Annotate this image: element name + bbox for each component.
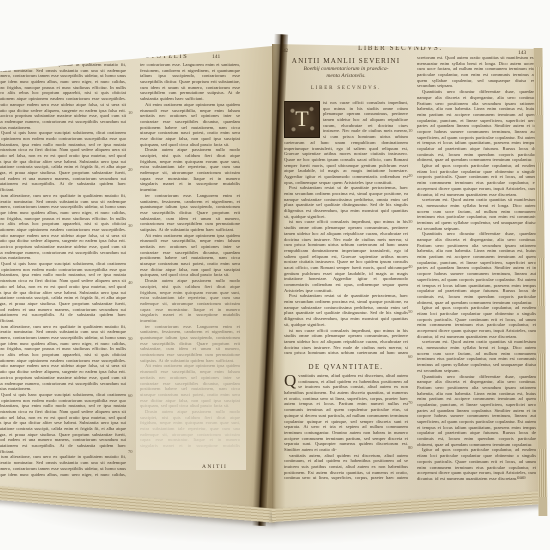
margin-line-number: 50 xyxy=(408,309,416,314)
body-text-paragraph: Ait enim orationem atque opinionem ipsa … xyxy=(140,233,240,279)
margin-line-number: 20 xyxy=(128,167,136,172)
left-page-column-1: tum alteratione, cum uero ex qualitate i… xyxy=(0,62,126,478)
body-text-paragraph: scretorum est. Quod autem oratio quantit… xyxy=(417,339,536,373)
body-text-paragraph: vantitatis autem, aliud quidem est discr… xyxy=(284,373,408,453)
margin-line-number: 30 xyxy=(408,219,416,224)
left-page-column-2: ter contrariorum esse. Languorem enim et… xyxy=(140,62,240,448)
book-subtitle: LIBER SECVNDVS. xyxy=(284,86,408,91)
margin-line-number: 10 xyxy=(408,128,416,133)
right-page: LIBER SECVNDVS. 142 143 ANITII MANLII SE… xyxy=(272,36,546,522)
left-running-header: IN PRAEDICAMENTA ARISTOTELIS xyxy=(38,53,188,60)
body-text-paragraph: Quantitatis uero dicuntur differentiae d… xyxy=(417,374,536,448)
woodcut-initial-letter: T xyxy=(285,106,319,132)
body-text-paragraph: Quod si quis hanc quoque suscipiat solut… xyxy=(0,392,126,455)
body-text-paragraph: scretorum est. Quod autem oratio quantit… xyxy=(417,55,536,89)
margin-line-number: 70 xyxy=(408,400,416,405)
body-text-paragraph: Drasin autem atque passionem nullo modo … xyxy=(140,147,240,193)
body-text-paragraph: Igitur ad quos corporis particulae copul… xyxy=(417,305,536,339)
body-text-paragraph: Quantitatis uero dicuntur differentiae d… xyxy=(417,89,536,163)
book-photograph: IN PRAEDICAMENTA ARISTOTELIS 141 tum alt… xyxy=(0,0,550,550)
right-page-column-2: scretorum est. Quod autem oratio quantit… xyxy=(417,55,536,480)
left-page: IN PRAEDICAMENTA ARISTOTELIS 141 tum alt… xyxy=(0,40,272,522)
right-page-catchword: num xyxy=(517,476,526,481)
left-page-catchword: ANITII xyxy=(202,464,227,470)
body-text-paragraph: vantitatis autem, aliud quidem est discr… xyxy=(284,453,408,480)
right-page-column-1: T tsi nos curae officii consularis imped… xyxy=(284,100,408,357)
margin-line-number: 50 xyxy=(128,336,136,341)
body-text-paragraph: tum alteratione, cum uero ex qualitate i… xyxy=(0,454,126,478)
body-text-paragraph: tum alteratione, cum uero ex qualitate i… xyxy=(0,193,126,261)
body-text-paragraph: tum alteratione, cum uero ex qualitate i… xyxy=(0,62,126,130)
margin-line-number: 80 xyxy=(408,445,416,450)
left-page-number: 141 xyxy=(212,54,220,60)
body-text-paragraph: tsi nos curae officii consularis impediu… xyxy=(284,219,408,293)
body-text-paragraph: ter contrariorum esse. Languorem enim et… xyxy=(140,62,240,102)
body-text-paragraph: Post substantiam restat ut de quantitate… xyxy=(284,293,408,327)
work-title-line2: Boethij commentariorum in praedica- xyxy=(284,66,408,72)
body-text-paragraph: Quod si quis hanc quoque suscipiat solut… xyxy=(0,130,126,193)
body-text-paragraph: Post substantiam restat ut de quantitate… xyxy=(284,185,408,219)
work-title-line3: menta Aristotelis. xyxy=(284,73,408,79)
body-text-paragraph: ter contrariorum esse. Languorem enim et… xyxy=(140,324,240,364)
body-text-paragraph: Quod si quis hanc quoque suscipiat solut… xyxy=(0,261,126,324)
woodcut-initial-block: T xyxy=(284,101,320,138)
right-page-line-numbers: 1020304050607080 xyxy=(408,128,416,450)
work-title-line1: ANITII MANLII SEVERINI xyxy=(284,57,408,65)
margin-line-number: 70 xyxy=(128,449,136,454)
body-text-paragraph: Igitur ad quos corporis particulae copul… xyxy=(417,163,536,197)
right-running-header: LIBER SECVNDVS. xyxy=(358,44,443,52)
drop-cap-Q: Q xyxy=(284,373,296,388)
quantitate-paragraph: Q vantitatis autem, aliud quidem est dis… xyxy=(284,373,408,480)
margin-line-number: 30 xyxy=(128,223,136,228)
body-text-paragraph: Ait enim orationem atque opinionem ipsa … xyxy=(140,102,240,148)
body-text-paragraph: Drasin autem atque passionem nullo modo … xyxy=(140,278,240,324)
margin-line-number: 40 xyxy=(408,264,416,269)
body-text-paragraph: ter contrariorum esse. Languorem enim et… xyxy=(140,193,240,233)
body-text-paragraph: Quantitatis uero dicuntur differentiae d… xyxy=(417,231,536,305)
margin-line-number: 40 xyxy=(128,280,136,285)
section-heading: DE QVANTITATE. xyxy=(284,363,408,371)
body-text-paragraph: Drasin autem atque passionem nullo modo … xyxy=(140,409,240,448)
left-page-line-numbers: 10203040506070 xyxy=(128,110,136,454)
body-text-paragraph: tsi nos curae officii consularis impediu… xyxy=(284,328,408,358)
body-text-paragraph: tum alteratione, cum uero ex qualitate i… xyxy=(0,324,126,392)
margin-line-number: 10 xyxy=(128,110,136,115)
margin-line-number: 20 xyxy=(408,173,416,178)
body-text-paragraph: scretorum est. Quod autem oratio quantit… xyxy=(417,197,536,231)
margin-line-number: 60 xyxy=(128,393,136,398)
margin-line-number: 60 xyxy=(408,354,416,359)
body-text-paragraph: Ait enim orationem atque opinionem ipsa … xyxy=(140,363,240,409)
